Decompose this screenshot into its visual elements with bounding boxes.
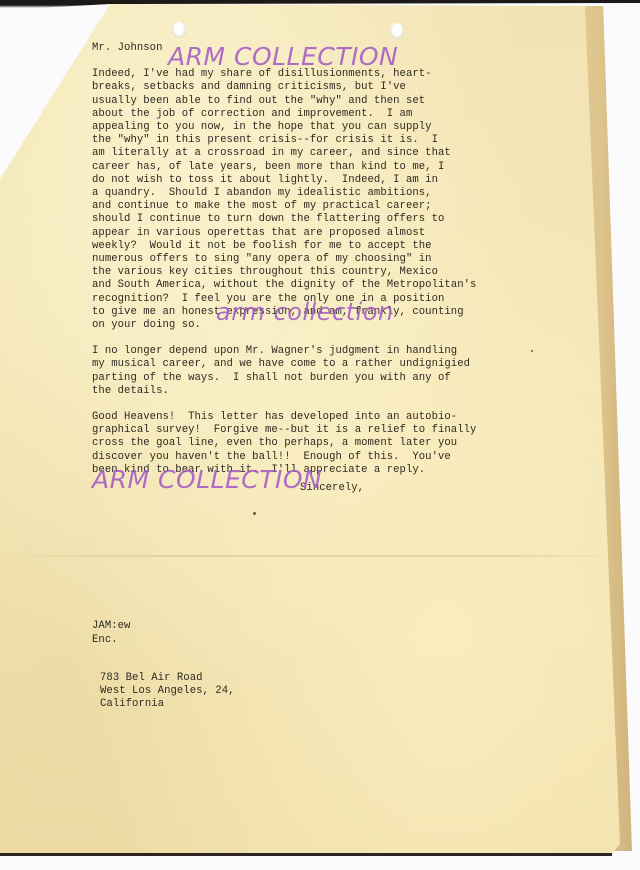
enclosure-notation: Enc. xyxy=(92,634,118,647)
address-line: West Los Angeles, 24, xyxy=(100,685,235,698)
typed-line: appear in various operettas that are pro… xyxy=(92,227,476,240)
typed-line: the various key cities throughout this c… xyxy=(92,266,476,279)
sender-address: 783 Bel Air Road West Los Angeles, 24, C… xyxy=(100,672,235,712)
typed-line: am literally at a crossroad in my career… xyxy=(92,147,476,160)
typed-line: numerous offers to sing "any opera of my… xyxy=(92,253,476,266)
typed-line: should I continue to turn down the flatt… xyxy=(92,213,476,226)
address-line: 783 Bel Air Road xyxy=(100,672,235,685)
typed-line: Good Heavens! This letter has developed … xyxy=(92,411,476,424)
address-line: California xyxy=(100,698,235,711)
typed-line: my musical career, and we have come to a… xyxy=(92,358,476,371)
typed-line: the details. xyxy=(92,385,476,398)
paragraph-2: I no longer depend upon Mr. Wagner's jud… xyxy=(92,345,476,398)
typed-line: about the job of correction and improvem… xyxy=(92,108,476,121)
watermark-top: ARM COLLECTION xyxy=(168,42,398,71)
typed-line: parting of the ways. I shall not burden … xyxy=(92,372,476,385)
reference-initials: JAM:ew xyxy=(92,620,130,633)
typed-line: discover you haven't the ball!! Enough o… xyxy=(92,451,476,464)
paper-speck xyxy=(253,512,256,515)
paper-fold-line xyxy=(0,555,632,557)
typed-line: breaks, setbacks and damning criticisms,… xyxy=(92,81,476,94)
watermark-bottom: ARM COLLECTION xyxy=(92,465,322,494)
punch-hole-right xyxy=(390,23,404,39)
typed-line: usually been able to find out the "why" … xyxy=(92,95,476,108)
typed-line: do not wish to toss it about lightly. In… xyxy=(92,174,476,187)
paper-speck xyxy=(531,350,533,352)
typed-line: and South America, without the dignity o… xyxy=(92,279,476,292)
typed-line: a quandry. Should I abandon my idealisti… xyxy=(92,187,476,200)
watermark-middle: arm collection xyxy=(216,298,394,326)
punch-hole-left xyxy=(172,22,186,38)
paragraph-1: Indeed, I've had my share of disillusion… xyxy=(92,68,476,332)
typed-line: appealing to you now, in the hope that y… xyxy=(92,121,476,134)
letter-body: Mr. Johnson Indeed, I've had my share of… xyxy=(92,42,476,490)
typed-line: career has, of late years, been more tha… xyxy=(92,161,476,174)
typed-line: the "why" in this present crisis--for cr… xyxy=(92,134,476,147)
scan-bottom-edge xyxy=(0,853,612,856)
typed-line: I no longer depend upon Mr. Wagner's jud… xyxy=(92,345,476,358)
typed-line: cross the goal line, even tho perhaps, a… xyxy=(92,437,476,450)
typed-line: weekly? Would it not be foolish for me t… xyxy=(92,240,476,253)
typed-line: graphical survey! Forgive me--but it is … xyxy=(92,424,476,437)
typed-line: and continue to make the most of my prac… xyxy=(92,200,476,213)
